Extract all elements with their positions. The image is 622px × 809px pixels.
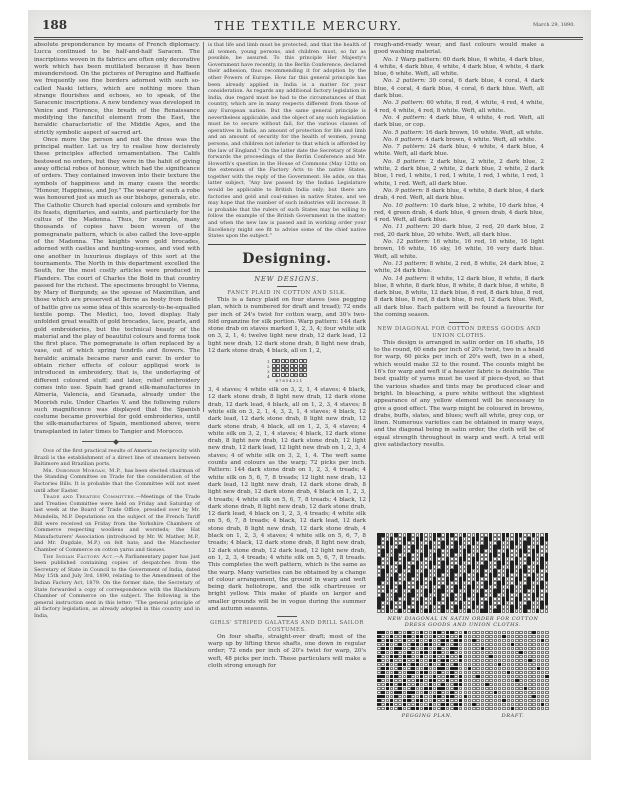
- pattern-entry: No. 13 pattern: 8 white, 2 red, 8 white,…: [374, 261, 544, 276]
- pegging-grid: [272, 359, 308, 377]
- pattern-entry: No. 10 pattern: 10 dark blue, 2 white, 1…: [374, 203, 544, 225]
- pattern-label: No. 9 pattern:: [383, 188, 424, 194]
- masthead-rule: [34, 37, 583, 40]
- weave-diagram-figure: NEW DIAGONAL IN SATIN ORDER FOR COTTON D…: [377, 533, 549, 719]
- pattern-entry: No. 14 pattern: 8 white, 12 dark blue, 8…: [374, 276, 544, 320]
- news-note: Trade and Treaties Committee.—Meetings o…: [34, 494, 200, 553]
- pattern-label: No. 3 pattern:: [383, 100, 424, 106]
- article-title: FANCY PLAID IN COTTON AND SILK.: [208, 290, 366, 297]
- figure-row-labels: 1234: [267, 359, 270, 384]
- pattern-entry: No. 1 Warp pattern: 60 dark blue, 6 whit…: [374, 57, 544, 79]
- column-2: is that life and limb must be protected,…: [208, 42, 366, 670]
- draft-label: DRAFT.: [502, 713, 525, 719]
- pattern-label: No. 13 pattern:: [383, 261, 428, 267]
- pattern-entry: No. 4 pattern: 4 dark blue, 4 white, 4 r…: [374, 115, 544, 130]
- pattern-entry: No. 3 pattern: 60 white, 8 red, 4 white,…: [374, 100, 544, 115]
- column-divider: [369, 42, 370, 502]
- article-paragraph: 3, 4 staves; 4 white silk on 3, 2, 1, 4 …: [208, 387, 366, 613]
- pattern-label: No. 14 pattern:: [383, 276, 428, 282]
- issue-date: March 29, 1890.: [533, 22, 575, 28]
- ornamental-divider: [82, 441, 152, 442]
- pattern-entry: No. 7 pattern: 24 dark blue, 4 white, 4 …: [374, 144, 544, 159]
- pattern-entry: No. 11 pattern: 20 dark blue, 2 red, 20 …: [374, 224, 544, 239]
- column-1: absolute preponderance by means of Frenc…: [34, 42, 200, 619]
- draft-grid: [464, 631, 549, 711]
- pattern-entry: No. 2 pattern: 30 coral, 6 dark blue, 4 …: [374, 78, 544, 100]
- short-rule: [449, 322, 469, 323]
- pattern-text: 4 dark brown, 4 white. Weft, all white.: [424, 137, 537, 143]
- short-rule: [277, 286, 297, 287]
- pattern-entry: No. 6 pattern: 4 dark brown, 4 white. We…: [374, 137, 544, 144]
- pattern-text: 16 dark brown, 16 white. Weft, all white…: [424, 130, 544, 136]
- section-heading: Designing.: [208, 251, 366, 267]
- pattern-label: No. 7 pattern:: [383, 144, 426, 150]
- article-title: NEW DIAGONAL FOR COTTON DRESS GOODS AND …: [374, 326, 544, 340]
- pattern-label: No. 1: [383, 57, 399, 63]
- pattern-list: No. 1 Warp pattern: 60 dark blue, 6 whit…: [374, 57, 544, 320]
- pattern-label: No. 6 pattern:: [383, 137, 424, 143]
- pattern-entry: No. 9 pattern: 8 dark blue, 4 white, 8 d…: [374, 188, 544, 203]
- article-paragraph: On four shafts, straight-over draft; mos…: [208, 634, 366, 670]
- column-divider: [203, 42, 204, 412]
- pattern-label: No. 8 pattern:: [383, 159, 427, 165]
- pattern-entry: No. 12 pattern: 16 white, 16 red, 16 whi…: [374, 239, 544, 261]
- news-note: Mr. Osborne Morgan, M.P., has been elect…: [34, 468, 200, 494]
- pegging-plan-figure: 1234 87654321: [208, 359, 366, 384]
- figure-column-labels: 87654321: [272, 377, 308, 384]
- article-paragraph: This design is arranged in satin order o…: [374, 340, 544, 449]
- article-paragraph: This is a fancy plaid on four staves (se…: [208, 297, 366, 355]
- masthead: 188 THE TEXTILE MERCURY. March 29, 1890.: [34, 16, 583, 34]
- section-subheading: NEW DESIGNS.: [208, 276, 366, 283]
- publication-title: THE TEXTILE MERCURY.: [34, 19, 583, 33]
- pattern-text: 8 white, 12 dark blue, 8 white, 8 dark b…: [374, 276, 544, 318]
- column-3: rough-and-ready wear, and fast colours w…: [374, 42, 544, 449]
- pegging-plan-grid: [377, 631, 462, 711]
- satin-diagonal-grid: [377, 533, 549, 613]
- article-paragraph: Once more the person and not the dress w…: [34, 137, 200, 436]
- article-continuation: is that life and limb must be protected,…: [208, 42, 366, 240]
- pattern-entry: No. 5 pattern: 16 dark brown, 16 white. …: [374, 130, 544, 137]
- pegging-plan-label: PEGGING PLAN.: [402, 713, 453, 719]
- pattern-entry: No. 8 pattern: 2 dark blue, 2 white, 2 d…: [374, 159, 544, 188]
- pattern-label: No. 11 pattern:: [383, 224, 429, 230]
- article-continuation: rough-and-ready wear, and fast colours w…: [374, 42, 544, 57]
- pattern-label: No. 12 pattern:: [383, 239, 430, 245]
- section-rule: [208, 244, 366, 245]
- article-paragraph: absolute preponderance by means of Frenc…: [34, 42, 200, 137]
- pattern-label: No. 4 pattern:: [383, 115, 426, 121]
- pattern-label: No. 5 pattern:: [383, 130, 424, 136]
- news-note: One of the first practical results of Am…: [34, 448, 200, 468]
- pattern-text: Warp pattern: 60 dark blue, 6 white, 4 d…: [374, 57, 544, 78]
- figure-caption: NEW DIAGONAL IN SATIN ORDER FOR COTTON D…: [377, 616, 549, 628]
- short-rule: [277, 616, 297, 617]
- article-title: GIRLS' STRIPED GALATEAS AND DRILL SAILOR…: [208, 620, 366, 634]
- section-rule: [208, 271, 366, 272]
- newspaper-page: 188 THE TEXTILE MERCURY. March 29, 1890.…: [28, 10, 591, 760]
- news-note: The Indian Factory Act.—A Parliamentary …: [34, 554, 200, 620]
- pattern-label: No. 10 pattern:: [383, 203, 428, 209]
- pattern-label: No. 2 pattern:: [383, 78, 426, 84]
